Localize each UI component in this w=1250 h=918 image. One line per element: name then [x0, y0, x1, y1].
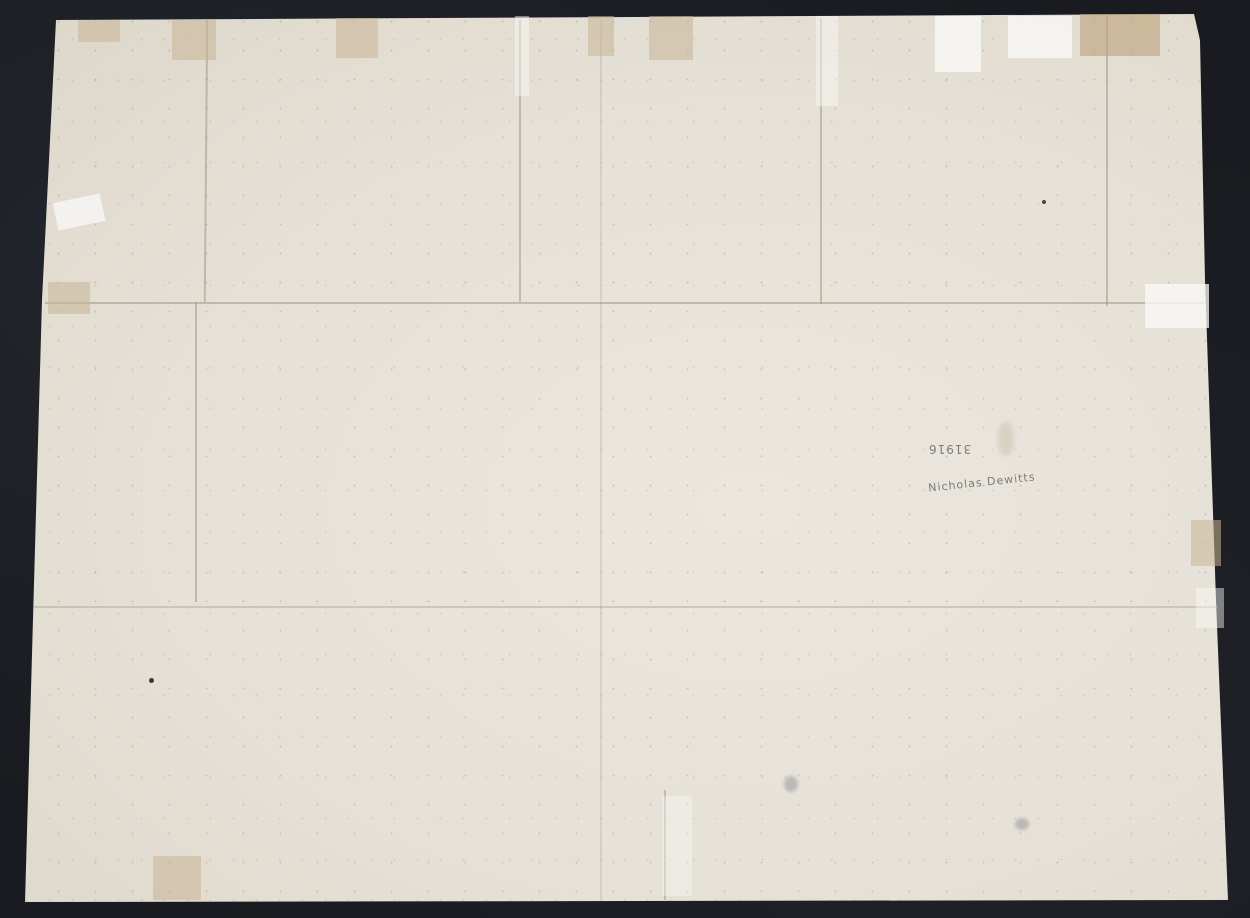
paper-sheet: 31916 Nicholas Dewitts: [0, 0, 1250, 918]
ink-smudge: [1042, 200, 1046, 204]
tape-strip: [588, 16, 614, 56]
ink-smudge: [149, 678, 154, 683]
tape-strip: [1008, 16, 1072, 58]
tape-strip: [649, 16, 693, 60]
fold-line-vertical: [1106, 16, 1108, 306]
tape-strip: [662, 796, 692, 896]
paper-texture: [0, 0, 1250, 918]
tape-strip: [172, 20, 216, 60]
tape-strip: [1145, 284, 1209, 328]
tape-strip: [78, 20, 120, 42]
tape-strip: [336, 18, 378, 58]
tape-strip: [1080, 14, 1160, 56]
tape-strip: [1196, 588, 1224, 628]
pencil-inventory-number: 31916: [928, 442, 971, 456]
tape-strip: [48, 282, 90, 314]
tape-strip: [153, 856, 201, 900]
fold-line-vertical: [195, 302, 197, 602]
fold-line-horizontal: [45, 302, 1205, 304]
fold-line-vertical: [600, 20, 602, 900]
paper-stain: [998, 422, 1014, 456]
tape-strip: [935, 16, 981, 72]
ink-smudge: [784, 776, 798, 792]
tape-strip: [515, 16, 529, 96]
tape-strip: [1191, 520, 1221, 566]
fold-line-horizontal: [34, 606, 1218, 608]
ink-smudge: [1015, 818, 1029, 830]
tape-strip: [816, 16, 838, 106]
